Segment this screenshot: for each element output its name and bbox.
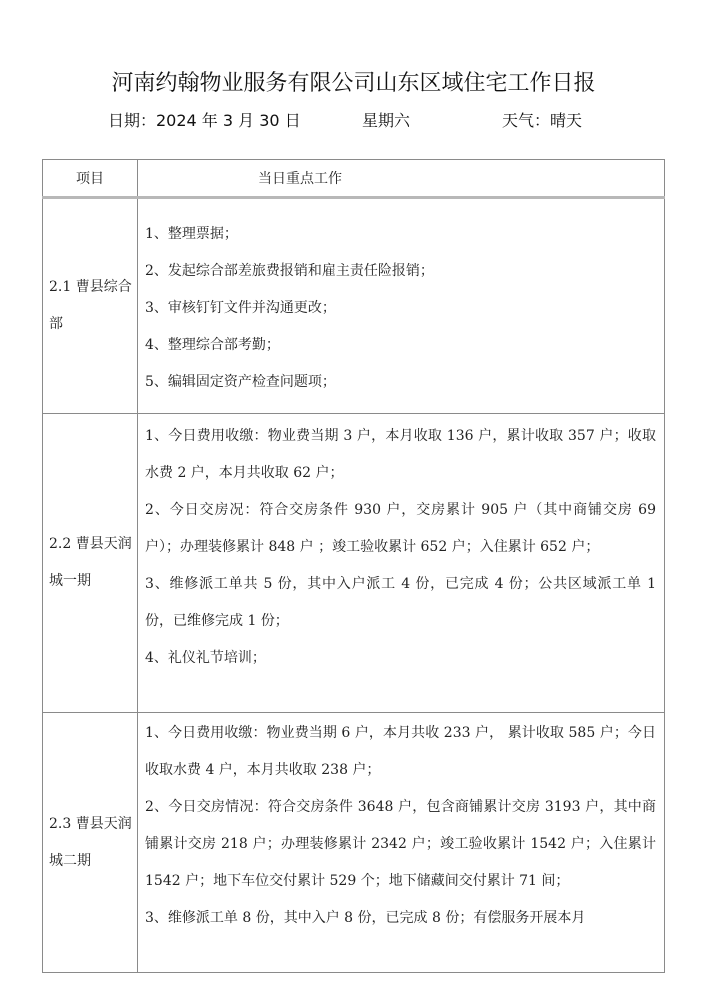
report-date: 日期：2024 年 3 月 30 日 xyxy=(108,108,301,131)
row-label: 2.2 曹县天润城一期 xyxy=(49,526,133,600)
work-item: 1、整理票据； xyxy=(145,216,656,253)
work-item: 2、发起综合部差旅费报销和雇主责任险报销； xyxy=(145,253,656,290)
work-item: 3、审核钉钉文件并沟通更改； xyxy=(145,290,656,327)
row-label-cell: 2.1 曹县综合部 xyxy=(43,198,138,414)
report-title: 河南约翰物业服务有限公司山东区域住宅工作日报 xyxy=(0,66,707,97)
row-work-cell: 1、今日费用收缴：物业费当期 6 户，本月共收 233 户， 累计收取 585 … xyxy=(138,713,665,973)
row-work-cell: 1、整理票据； 2、发起综合部差旅费报销和雇主责任险报销； 3、审核钉钉文件并沟… xyxy=(138,198,665,414)
daily-report-table: 项目 当日重点工作 2.1 曹县综合部 1、整理票据； 2、发起综合部差旅费报销… xyxy=(42,159,665,973)
work-item: 2、今日交房情况：符合交房条件 3648 户，包含商铺累计交房 3193 户，其… xyxy=(145,789,656,900)
row-label: 2.1 曹县综合部 xyxy=(49,269,133,343)
table-header-row: 项目 当日重点工作 xyxy=(43,160,665,198)
work-item-list: 1、整理票据； 2、发起综合部差旅费报销和雇主责任险报销； 3、审核钉钉文件并沟… xyxy=(145,216,656,401)
header-item: 项目 xyxy=(43,160,138,198)
work-item: 2、今日交房况：符合交房条件 930 户，交房累计 905 户（其中商铺交房 6… xyxy=(145,492,656,566)
table-row: 2.3 曹县天润城二期 1、今日费用收缴：物业费当期 6 户，本月共收 233 … xyxy=(43,713,665,973)
work-item-list: 1、今日费用收缴：物业费当期 3 户，本月收取 136 户，累计收取 357 户… xyxy=(145,418,656,677)
work-item: 3、维修派工单共 5 份，其中入户派工 4 份，已完成 4 份；公共区域派工单 … xyxy=(145,566,656,640)
row-work-cell: 1、今日费用收缴：物业费当期 3 户，本月收取 136 户，累计收取 357 户… xyxy=(138,414,665,713)
row-label-cell: 2.3 曹县天润城二期 xyxy=(43,713,138,973)
work-item: 4、整理综合部考勤； xyxy=(145,327,656,364)
work-cell-clip: 1、今日费用收缴：物业费当期 6 户，本月共收 233 户， 累计收取 585 … xyxy=(145,715,656,972)
row-label: 2.3 曹县天润城二期 xyxy=(49,806,133,880)
work-item: 1、今日费用收缴：物业费当期 6 户，本月共收 233 户， 累计收取 585 … xyxy=(145,715,656,789)
table-row: 2.2 曹县天润城一期 1、今日费用收缴：物业费当期 3 户，本月收取 136 … xyxy=(43,414,665,713)
header-key-work: 当日重点工作 xyxy=(138,160,665,198)
work-item: 4、礼仪礼节培训； xyxy=(145,640,656,677)
table-row: 2.1 曹县综合部 1、整理票据； 2、发起综合部差旅费报销和雇主责任险报销； … xyxy=(43,198,665,414)
report-weekday: 星期六 xyxy=(362,108,410,131)
row-label-cell: 2.2 曹县天润城一期 xyxy=(43,414,138,713)
work-item: 5、编辑固定资产检查问题项； xyxy=(145,364,656,401)
work-item-list: 1、今日费用收缴：物业费当期 6 户，本月共收 233 户， 累计收取 585 … xyxy=(145,715,656,937)
work-item: 3、维修派工单 8 份，其中入户 8 份，已完成 8 份；有偿服务开展本月 xyxy=(145,900,656,937)
report-weather: 天气：晴天 xyxy=(502,108,582,131)
work-item: 1、今日费用收缴：物业费当期 3 户，本月收取 136 户，累计收取 357 户… xyxy=(145,418,656,492)
